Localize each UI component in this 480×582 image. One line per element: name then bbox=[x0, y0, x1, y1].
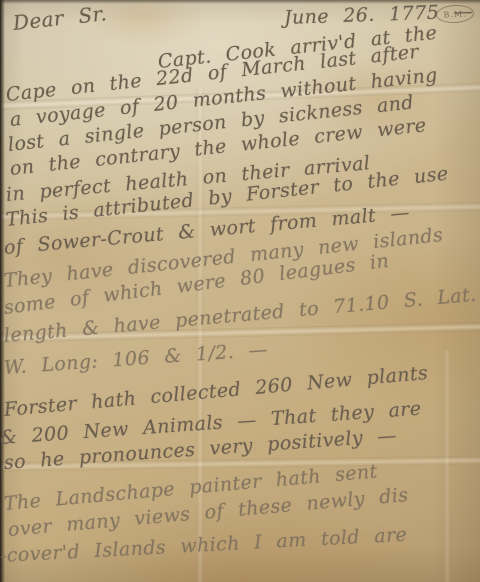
manuscript-letter-photo: B.M. Dear Sr. June 26. 1775 — Capt. Cook… bbox=[0, 0, 480, 582]
